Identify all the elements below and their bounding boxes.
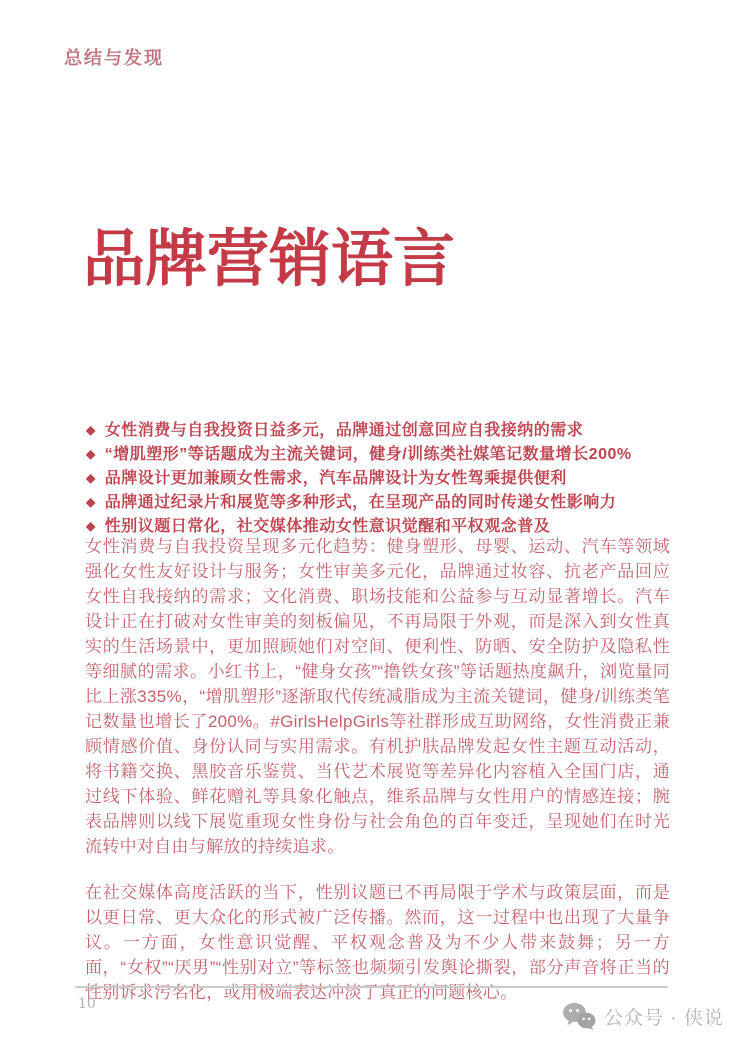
wechat-icon	[562, 1002, 596, 1030]
diamond-bullet-icon: ◆	[86, 419, 96, 442]
wechat-brand-badge: 公众号 · 侠说	[562, 1002, 724, 1030]
finding-text: 品牌设计更加兼顾女性需求，汽车品牌设计为女性驾乘提供便利	[105, 467, 567, 490]
body-text: 女性消费与自我投资呈现多元化趋势：健身塑形、母婴、运动、汽车等领域强化女性友好设…	[85, 534, 670, 1005]
list-item: ◆ 品牌设计更加兼顾女性需求，汽车品牌设计为女性驾乘提供便利	[86, 467, 670, 491]
diamond-bullet-icon: ◆	[86, 443, 96, 466]
section-eyebrow: 总结与发现	[64, 44, 164, 70]
finding-text: 品牌通过纪录片和展览等多种形式，在呈现产品的同时传递女性影响力	[105, 491, 617, 514]
report-page: 总结与发现 品牌营销语言 ◆ 女性消费与自我投资日益多元，品牌通过创意回应自我接…	[0, 0, 744, 1052]
list-item: ◆ 品牌通过纪录片和展览等多种形式，在呈现产品的同时传递女性影响力	[86, 491, 670, 515]
diamond-bullet-icon: ◆	[86, 491, 96, 514]
footer-divider	[75, 986, 668, 988]
page-number: 10	[78, 996, 96, 1012]
brand-label: 公众号 · 侠说	[604, 1003, 724, 1030]
page-title: 品牌营销语言	[83, 220, 455, 301]
list-item: ◆ 女性消费与自我投资日益多元，品牌通过创意回应自我接纳的需求	[86, 419, 670, 443]
body-paragraph: 女性消费与自我投资呈现多元化趋势：健身塑形、母婴、运动、汽车等领域强化女性友好设…	[85, 534, 670, 859]
list-item: ◆ “增肌塑形”等话题成为主流关键词，健身/训练类社媒笔记数量增长200%	[86, 443, 670, 467]
finding-text: “增肌塑形”等话题成为主流关键词，健身/训练类社媒笔记数量增长200%	[105, 443, 632, 466]
diamond-bullet-icon: ◆	[86, 467, 96, 490]
finding-text: 女性消费与自我投资日益多元，品牌通过创意回应自我接纳的需求	[105, 419, 584, 442]
key-findings-list: ◆ 女性消费与自我投资日益多元，品牌通过创意回应自我接纳的需求 ◆ “增肌塑形”…	[86, 419, 670, 539]
